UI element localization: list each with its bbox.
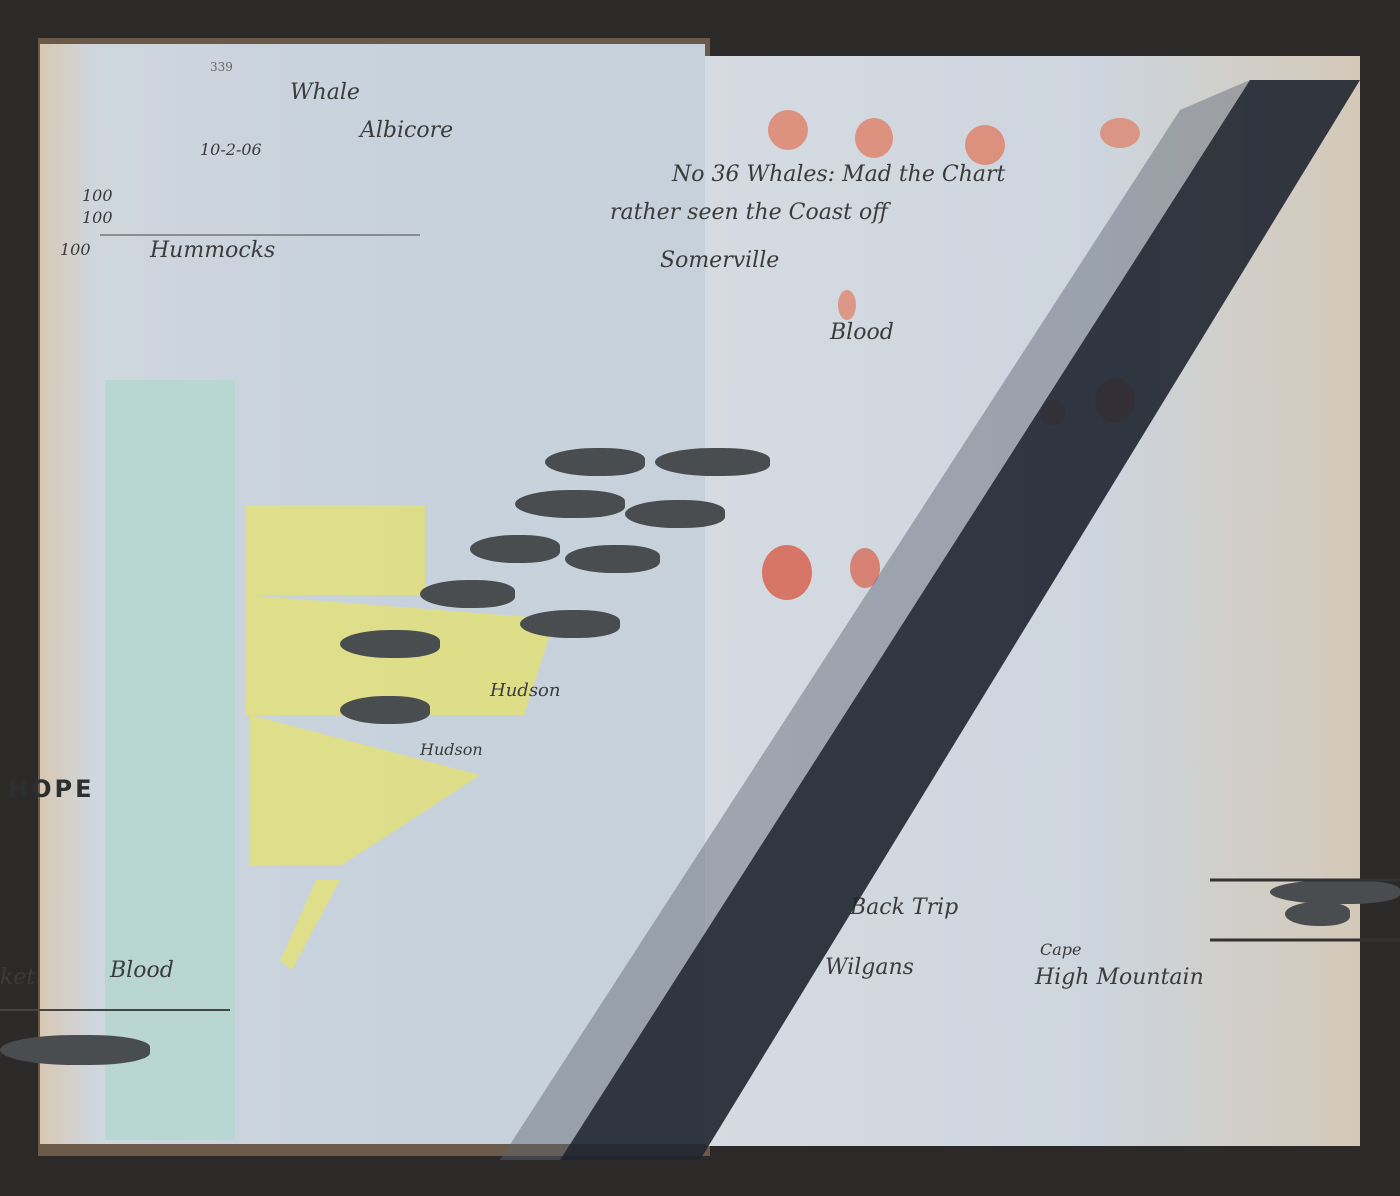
green-watercolor-wash xyxy=(105,380,235,1140)
ship-name: HOPE xyxy=(8,775,94,803)
yellow-watercolor-wash xyxy=(245,505,425,595)
red-circle-stamp xyxy=(1100,118,1140,148)
log-entry-line: rather seen the Coast off xyxy=(610,200,888,225)
log-label: Back Trip xyxy=(850,895,958,920)
red-circle-stamp xyxy=(1095,378,1135,423)
whale-stamp xyxy=(340,630,440,658)
red-circle-stamp xyxy=(855,118,893,158)
whale-stamp xyxy=(515,490,625,518)
whale-stamp xyxy=(520,610,620,638)
red-circle-stamp xyxy=(768,110,808,150)
whale-stamp xyxy=(625,500,725,528)
whale-stamp xyxy=(545,448,645,476)
note-label: Hudson xyxy=(420,740,483,759)
whale-stamp xyxy=(1285,902,1350,926)
footer-text: Blood xyxy=(110,958,174,983)
log-entry-line: No 36 Whales: Mad the Chart xyxy=(672,162,1005,187)
section-heading: Hummocks xyxy=(150,238,275,263)
whale-stamp xyxy=(1270,880,1400,904)
whale-stamp xyxy=(420,580,515,608)
whale-stamp xyxy=(470,535,560,563)
log-label: Blood xyxy=(830,320,894,345)
tally-number: 100 xyxy=(82,186,113,205)
tally-number: 100 xyxy=(82,208,113,227)
header-line: Albicore xyxy=(360,118,453,143)
tally-number: 100 xyxy=(60,240,91,259)
note-label: Hudson xyxy=(490,680,560,701)
log-label: Wilgans xyxy=(825,955,914,980)
page-number: 339 xyxy=(210,60,233,74)
red-circle-stamp xyxy=(1040,400,1066,426)
whale-stamp xyxy=(340,696,430,724)
red-circle-stamp xyxy=(838,290,856,320)
whale-stamp xyxy=(0,1035,150,1065)
red-circle-stamp xyxy=(965,125,1005,165)
log-label: High Mountain xyxy=(1035,965,1204,990)
log-label: Cape xyxy=(1040,940,1082,959)
whale-stamp xyxy=(565,545,660,573)
header-line: Whale xyxy=(290,80,360,105)
log-entry-line: Somerville xyxy=(660,248,779,273)
header-line: 10-2-06 xyxy=(200,140,262,159)
whale-stamp xyxy=(655,448,770,476)
red-circle-stamp xyxy=(850,548,880,588)
red-circle-stamp xyxy=(762,545,812,600)
footer-text: ket xyxy=(0,965,35,990)
